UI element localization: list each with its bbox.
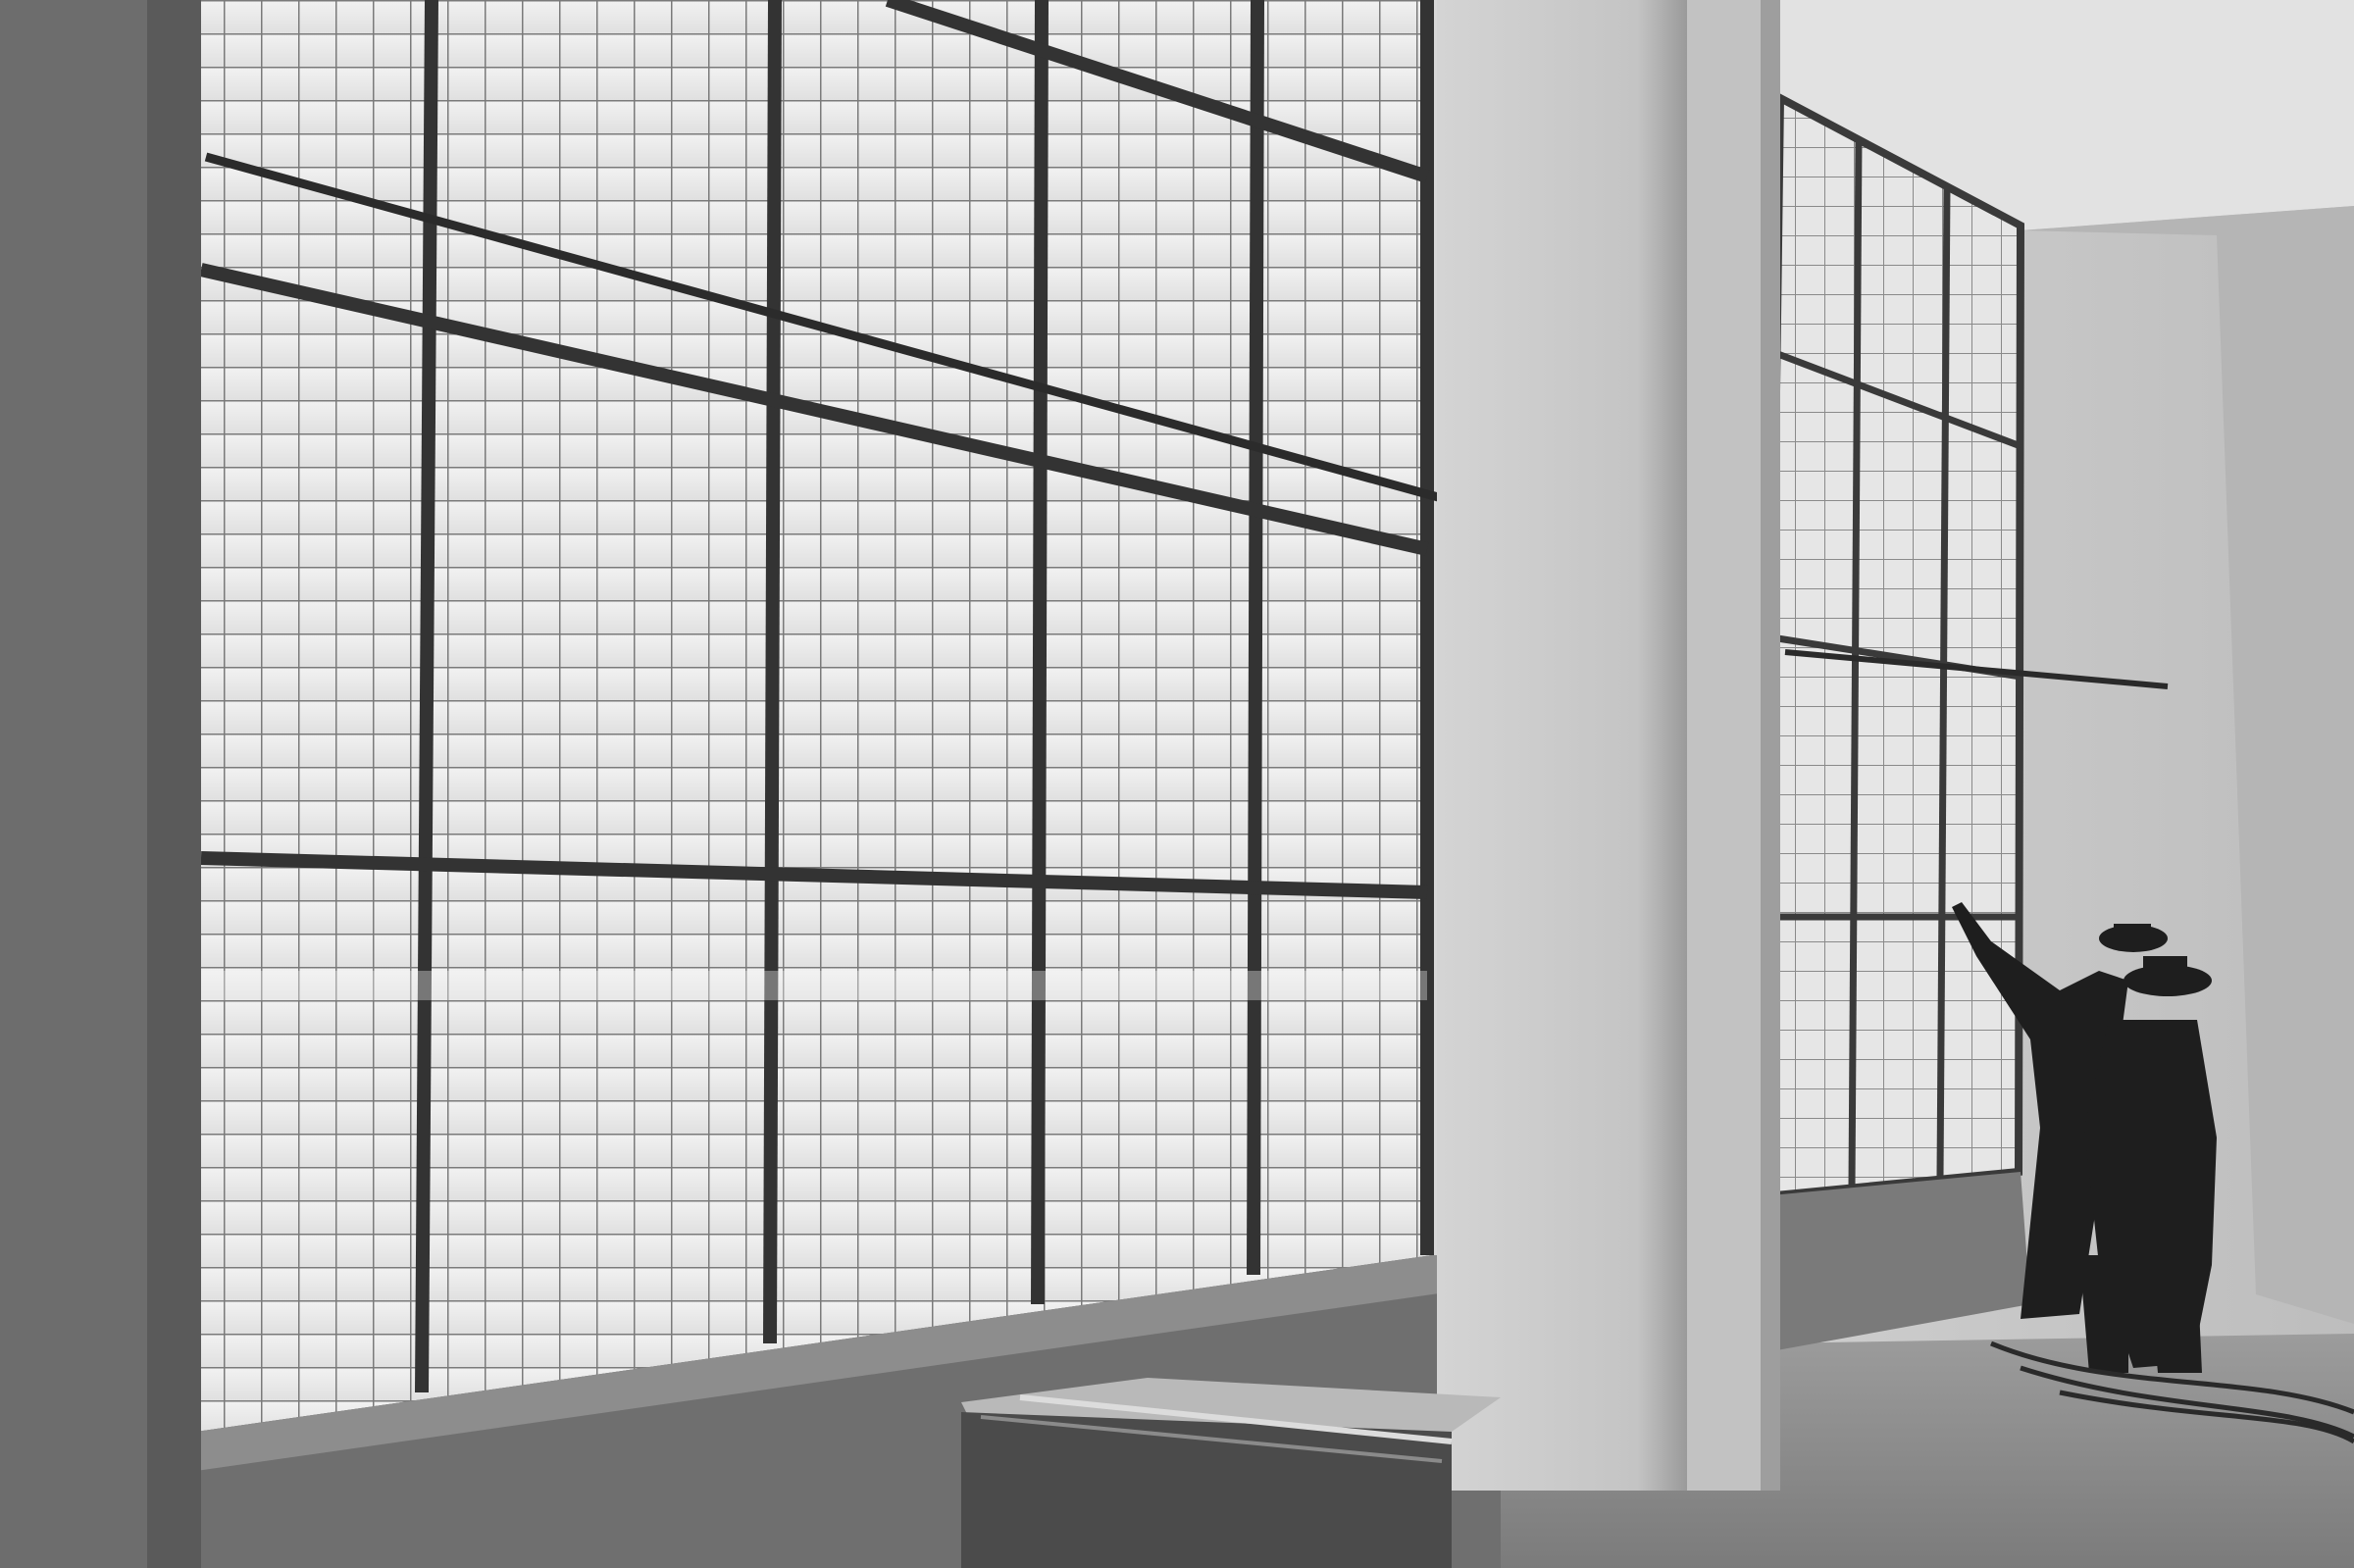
stacked-boards xyxy=(961,1378,1501,1568)
center-pillar xyxy=(1437,0,1780,1491)
photograph: Black-and-white photograph of an interio… xyxy=(0,0,2354,1568)
scene-svg xyxy=(0,0,2354,1568)
main-window xyxy=(196,0,1609,1432)
